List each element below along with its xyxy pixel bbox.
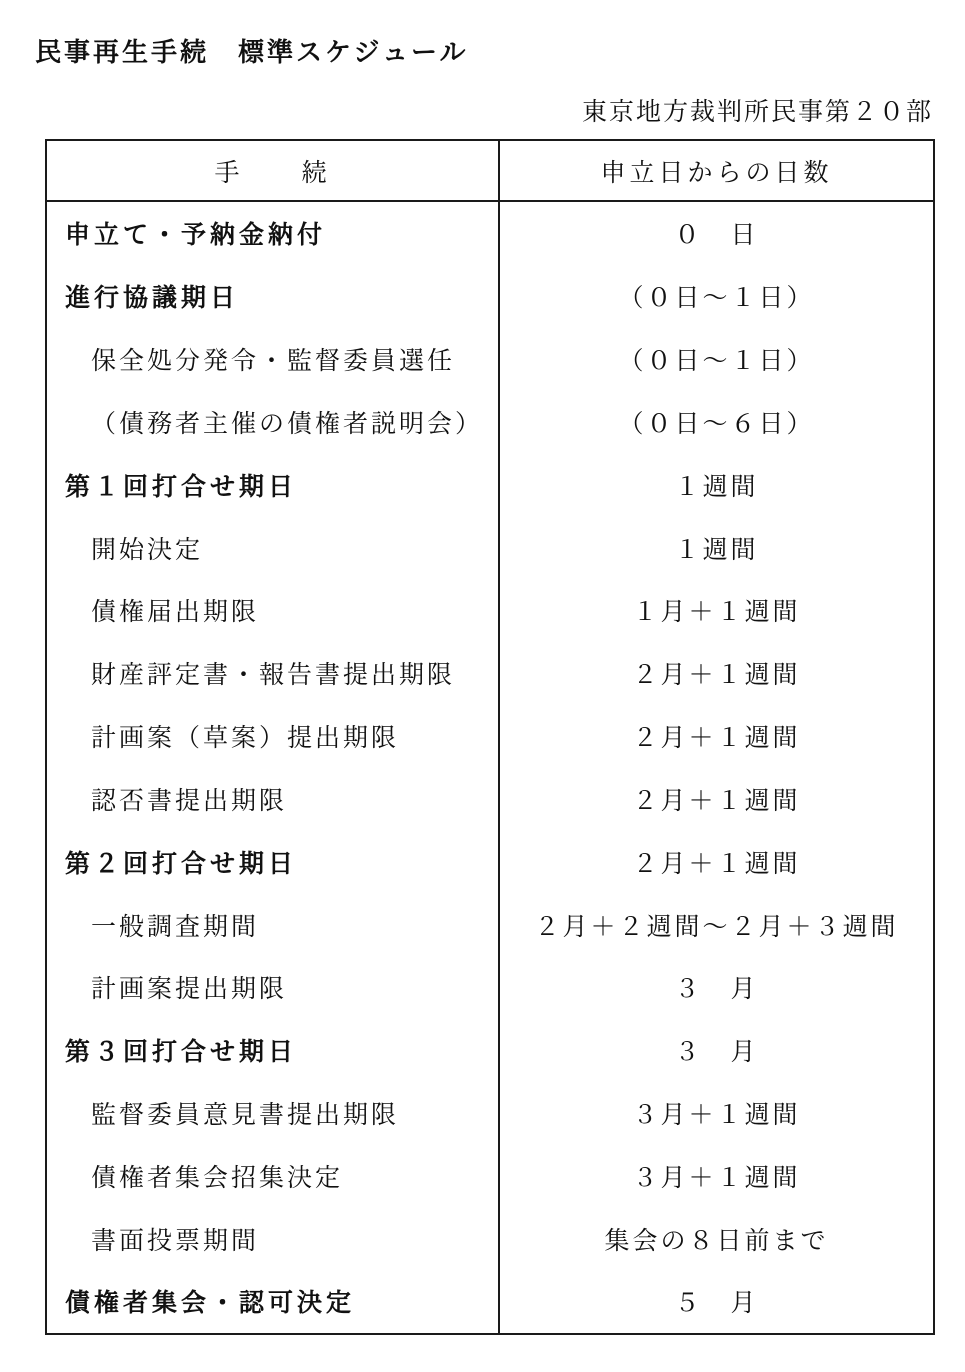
days-cell: １週間 — [500, 516, 933, 579]
procedure-cell: 第３回打合せ期日 — [47, 1019, 500, 1082]
table-row: 債権者集会招集決定 ３月＋１週間 — [47, 1144, 933, 1207]
table-row: （債務者主催の債権者説明会） （０日〜６日） — [47, 390, 933, 453]
document-page: 民事再生手続 標準スケジュール 東京地方裁判所民事第２０部 手 続 申立日からの… — [0, 0, 965, 1372]
table-row: 書面投票期間 集会の８日前まで — [47, 1207, 933, 1270]
procedure-cell: 債権者集会招集決定 — [47, 1144, 500, 1207]
days-cell: ２月＋１週間 — [500, 830, 933, 893]
table-row: 申立て・予納金納付 ０ 日 — [47, 202, 933, 265]
procedure-cell: （債務者主催の債権者説明会） — [47, 390, 500, 453]
days-cell: （０日〜６日） — [500, 390, 933, 453]
procedure-cell: 一般調査期間 — [47, 893, 500, 956]
table-header-row: 手 続 申立日からの日数 — [47, 141, 933, 202]
table-row: 債権者集会・認可決定 ５ 月 — [47, 1270, 933, 1333]
procedure-cell: 申立て・予納金納付 — [47, 202, 500, 265]
days-cell: （０日〜１日） — [500, 328, 933, 391]
procedure-cell: 債権届出期限 — [47, 579, 500, 642]
days-cell: ０ 日 — [500, 202, 933, 265]
procedure-cell: 債権者集会・認可決定 — [47, 1270, 500, 1333]
days-cell: ５ 月 — [500, 1270, 933, 1333]
days-cell: （０日〜１日） — [500, 265, 933, 328]
days-cell: ３月＋１週間 — [500, 1082, 933, 1145]
procedure-cell: 認否書提出期限 — [47, 767, 500, 830]
days-cell: １月＋１週間 — [500, 579, 933, 642]
procedure-cell: 計画案提出期限 — [47, 956, 500, 1019]
days-cell: ２月＋１週間 — [500, 705, 933, 768]
table-row: 第１回打合せ期日 １週間 — [47, 453, 933, 516]
days-cell: ２月＋２週間〜２月＋３週間 — [500, 893, 933, 956]
procedure-column-header: 手 続 — [47, 141, 500, 200]
procedure-cell: 開始決定 — [47, 516, 500, 579]
procedure-cell: 保全処分発令・監督委員選任 — [47, 328, 500, 391]
schedule-table: 手 続 申立日からの日数 申立て・予納金納付 ０ 日 進行協議期日 （０日〜１日… — [45, 139, 935, 1335]
table-row: 第２回打合せ期日 ２月＋１週間 — [47, 830, 933, 893]
days-cell: １週間 — [500, 453, 933, 516]
procedure-cell: 書面投票期間 — [47, 1207, 500, 1270]
table-row: 進行協議期日 （０日〜１日） — [47, 265, 933, 328]
procedure-cell: 第１回打合せ期日 — [47, 453, 500, 516]
days-cell: ２月＋１週間 — [500, 767, 933, 830]
days-column-header: 申立日からの日数 — [500, 141, 933, 200]
procedure-cell: 進行協議期日 — [47, 265, 500, 328]
table-row: 開始決定 １週間 — [47, 516, 933, 579]
table-row: 第３回打合せ期日 ３ 月 — [47, 1019, 933, 1082]
days-cell: ３ 月 — [500, 956, 933, 1019]
procedure-cell: 監督委員意見書提出期限 — [47, 1082, 500, 1145]
table-row: 計画案提出期限 ３ 月 — [47, 956, 933, 1019]
procedure-cell: 財産評定書・報告書提出期限 — [47, 642, 500, 705]
table-row: 一般調査期間 ２月＋２週間〜２月＋３週間 — [47, 893, 933, 956]
document-title: 民事再生手続 標準スケジュール — [35, 32, 468, 69]
days-cell: ３ 月 — [500, 1019, 933, 1082]
court-division-label: 東京地方裁判所民事第２０部 — [45, 92, 933, 128]
procedure-cell: 計画案（草案）提出期限 — [47, 705, 500, 768]
days-cell: 集会の８日前まで — [500, 1207, 933, 1270]
table-row: 監督委員意見書提出期限 ３月＋１週間 — [47, 1082, 933, 1145]
days-cell: ２月＋１週間 — [500, 642, 933, 705]
table-body: 申立て・予納金納付 ０ 日 進行協議期日 （０日〜１日） 保全処分発令・監督委員… — [47, 202, 933, 1333]
table-row: 認否書提出期限 ２月＋１週間 — [47, 767, 933, 830]
table-row: 財産評定書・報告書提出期限 ２月＋１週間 — [47, 642, 933, 705]
table-row: 保全処分発令・監督委員選任 （０日〜１日） — [47, 328, 933, 391]
days-cell: ３月＋１週間 — [500, 1144, 933, 1207]
procedure-cell: 第２回打合せ期日 — [47, 830, 500, 893]
table-row: 債権届出期限 １月＋１週間 — [47, 579, 933, 642]
table-row: 計画案（草案）提出期限 ２月＋１週間 — [47, 705, 933, 768]
